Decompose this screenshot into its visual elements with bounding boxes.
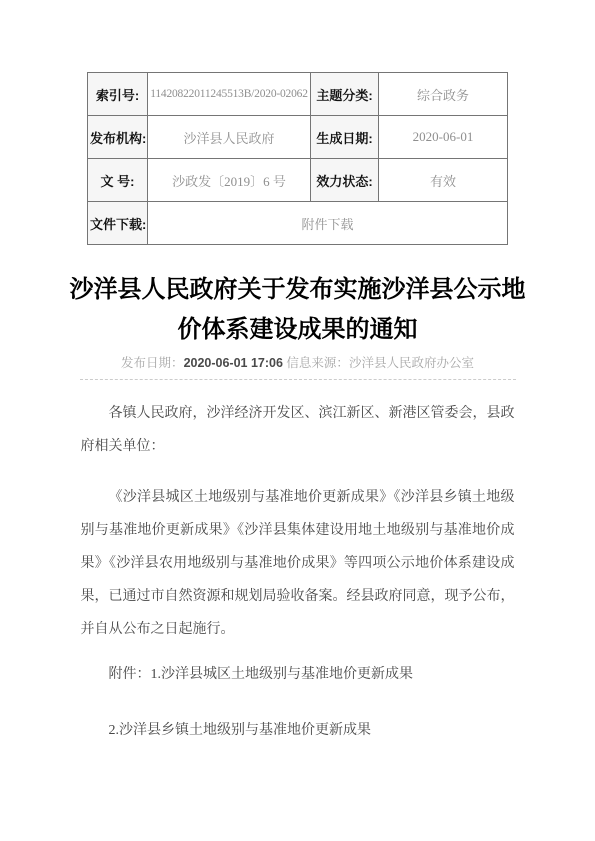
publish-date-label: 发布日期：: [121, 356, 184, 370]
meta-label-index-number: 索引号:: [88, 73, 148, 116]
meta-value-index-number: 11420822011245513B/2020-02062: [148, 73, 311, 116]
document-body: 各镇人民政府，沙洋经济开发区、滨江新区、新港区管委会，县政府相关单位： 《沙洋县…: [81, 397, 515, 747]
meta-row-1: 索引号: 11420822011245513B/2020-02062 主题分类:…: [88, 73, 508, 116]
meta-value-validity-status: 有效: [379, 159, 508, 202]
meta-row-3: 文 号: 沙政发〔2019〕6 号 效力状态: 有效: [88, 159, 508, 202]
meta-label-topic-category: 主题分类:: [311, 73, 379, 116]
meta-value-document-number: 沙政发〔2019〕6 号: [148, 159, 311, 202]
meta-row-4: 文件下载: 附件下载: [88, 202, 508, 245]
meta-value-topic-category: 综合政务: [379, 73, 508, 116]
meta-label-document-number: 文 号:: [88, 159, 148, 202]
meta-value-issuing-agency: 沙洋县人民政府: [148, 116, 311, 159]
attachment-line-2: 2.沙洋县乡镇土地级别与基准地价更新成果: [81, 714, 515, 747]
meta-label-validity-status: 效力状态:: [311, 159, 379, 202]
meta-label-file-download: 文件下载:: [88, 202, 148, 245]
publish-info-line: 发布日期：2020-06-01 17:06 信息来源：沙洋县人民政府办公室: [80, 355, 516, 380]
document-meta-table: 索引号: 11420822011245513B/2020-02062 主题分类:…: [87, 72, 508, 245]
meta-value-issue-date: 2020-06-01: [379, 116, 508, 159]
main-paragraph: 《沙洋县城区土地级别与基准地价更新成果》《沙洋县乡镇土地级别与基准地价更新成果》…: [81, 481, 515, 646]
meta-label-issue-date: 生成日期:: [311, 116, 379, 159]
attachment-download-link[interactable]: 附件下载: [148, 202, 508, 245]
source-label: 信息来源：: [283, 356, 349, 370]
publish-date-value: 2020-06-01 17:06: [184, 356, 283, 370]
salutation-paragraph: 各镇人民政府，沙洋经济开发区、滨江新区、新港区管委会，县政府相关单位：: [81, 397, 515, 463]
document-page: 索引号: 11420822011245513B/2020-02062 主题分类:…: [0, 0, 595, 841]
meta-row-2: 发布机构: 沙洋县人民政府 生成日期: 2020-06-01: [88, 116, 508, 159]
attachment-line-1: 附件：1.沙洋县城区土地级别与基准地价更新成果: [81, 658, 515, 691]
meta-label-issuing-agency: 发布机构:: [88, 116, 148, 159]
source-value: 沙洋县人民政府办公室: [349, 356, 474, 370]
page-title: 沙洋县人民政府关于发布实施沙洋县公示地价体系建设成果的通知: [63, 270, 533, 350]
